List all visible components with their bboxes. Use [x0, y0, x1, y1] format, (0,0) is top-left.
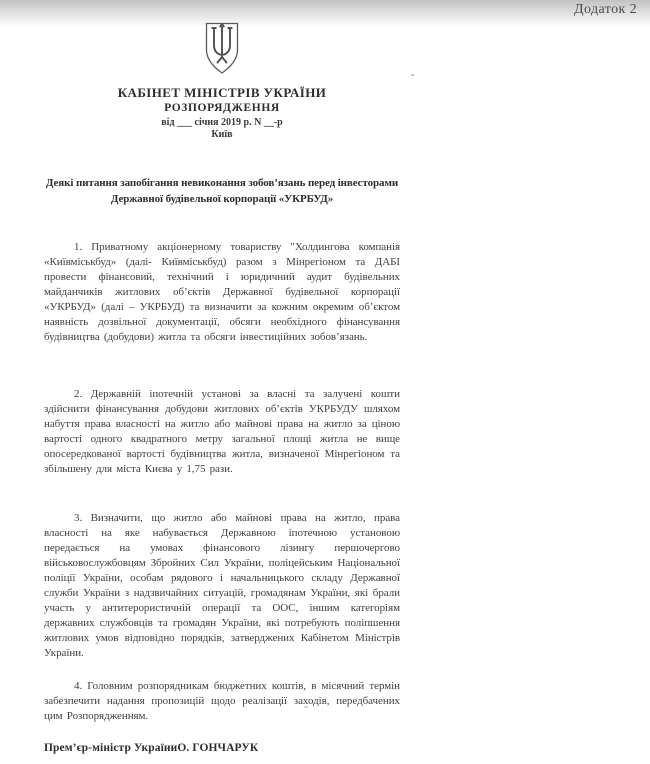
scanned-document-page: Додаток 2 КАБІНЕТ МІНІСТРІВ УКРАЇНИ [0, 0, 650, 764]
annex-label: Додаток 2 [574, 2, 637, 18]
body-paragraph-3: 3. Визначити, що житло або майнові права… [44, 511, 400, 661]
date-line: від ___ січня 2019 р. N __-р [44, 117, 400, 128]
body-paragraph-1: 1. Приватному акціонерному товариству "Х… [44, 240, 400, 345]
document-content: КАБІНЕТ МІНІСТРІВ УКРАЇНИ РОЗПОРЯДЖЕННЯ … [44, 0, 400, 754]
scan-speck [304, 706, 308, 708]
signature-line: Прем’єр-міністр УкраїниО. ГОНЧАРУК [44, 742, 400, 754]
document-header: КАБІНЕТ МІНІСТРІВ УКРАЇНИ РОЗПОРЯДЖЕННЯ … [44, 22, 400, 140]
body-paragraph-4: 4. Головним розпорядникам бюджетних кошт… [44, 679, 400, 724]
doc-type-heading: РОЗПОРЯДЖЕННЯ [44, 102, 400, 114]
body-paragraph-2: 2. Державній іпотечній установі за власн… [44, 387, 400, 477]
org-name: КАБІНЕТ МІНІСТРІВ УКРАЇНИ [44, 85, 400, 101]
scan-speck [411, 74, 414, 76]
ukraine-trident-coat-of-arms-icon [44, 22, 400, 80]
city-label: Київ [44, 129, 400, 140]
document-title: Деякі питання запобігання невиконання зо… [44, 176, 400, 208]
signature-role: Прем’єр-міністр України [44, 742, 177, 754]
signature-name: О. ГОНЧАРУК [177, 742, 258, 754]
